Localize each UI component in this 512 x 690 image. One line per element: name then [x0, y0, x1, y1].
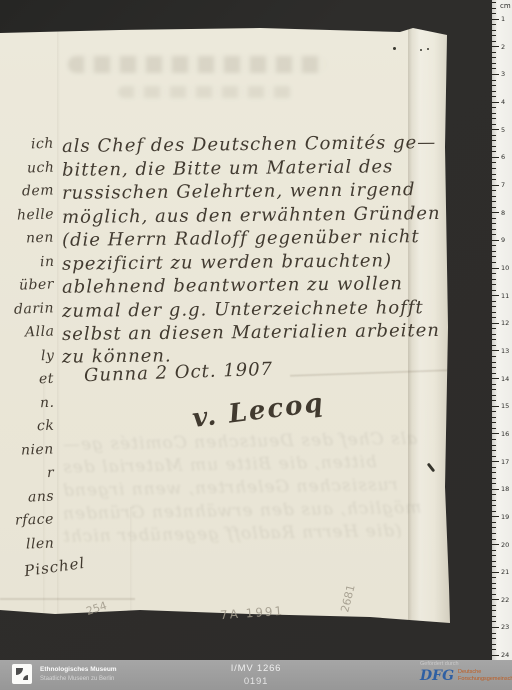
ruler-tick [492, 362, 496, 363]
ruler-tick [492, 621, 496, 622]
ruler-number: 9 [501, 236, 505, 244]
cm-ruler: cm 1234567891011121314151617181920212223… [492, 0, 512, 660]
ruler-tick [492, 179, 496, 180]
ruler-tick [492, 533, 496, 534]
ruler-tick [492, 627, 499, 628]
ruler-number: 20 [501, 541, 509, 549]
ruler-tick [492, 367, 496, 368]
ruler-tick [492, 80, 496, 81]
letter-line: ablehnend beantworten zu wollen [62, 273, 403, 298]
left-page-fragment: über [19, 276, 55, 293]
ruler-tick [492, 174, 496, 175]
ruler-tick [492, 516, 499, 517]
ruler-tick [492, 129, 499, 130]
ruler-number: 13 [501, 347, 509, 355]
left-page-fragment: ck [36, 418, 54, 435]
ruler-tick [492, 306, 496, 307]
ruler-tick [492, 185, 499, 186]
ruler-tick [492, 102, 499, 103]
ruler-number: 24 [501, 651, 509, 659]
left-page-fragment: in [39, 253, 54, 269]
ruler-tick [492, 456, 496, 457]
letter-line: zumal der g.g. Unterzeichnete hofft [62, 297, 424, 322]
ruler-tick [492, 572, 499, 573]
ruler-tick [492, 312, 496, 313]
ruler-tick [492, 633, 496, 634]
ruler-number: 15 [501, 402, 509, 410]
ruler-number: 17 [501, 458, 509, 466]
letter-line: als Chef des Deutschen Comités ge— [62, 132, 436, 157]
ruler-tick [492, 583, 496, 584]
left-page-fragment: ly [40, 347, 54, 363]
dfg-logo: Gefördert durch DFG Deutsche Forschungsg… [420, 661, 512, 683]
ruler-tick [492, 350, 499, 351]
ruler-tick [492, 52, 496, 53]
ruler-tick [492, 135, 496, 136]
ruler-tick [492, 522, 496, 523]
ruler-tick [492, 478, 496, 479]
ruler-tick [492, 229, 496, 230]
letter-line: möglich, aus den erwähnten Gründen [62, 203, 441, 228]
ruler-tick [492, 240, 499, 241]
ruler-tick [492, 378, 499, 379]
ruler-number: 21 [501, 568, 509, 576]
ruler-tick [492, 450, 496, 451]
ruler-tick [492, 395, 496, 396]
dfg-acronym: DFG [420, 669, 454, 683]
ruler-tick [492, 68, 496, 69]
left-page-fragment: nen [26, 230, 54, 247]
ruler-tick [492, 223, 496, 224]
ruler-tick [492, 113, 496, 114]
ruler-tick [492, 201, 496, 202]
ruler-tick [492, 284, 496, 285]
ruler-tick [492, 301, 496, 302]
ruler-number: 22 [501, 596, 509, 604]
ruler-tick [492, 334, 496, 335]
ruler-tick [492, 124, 496, 125]
ruler-number: 10 [501, 264, 509, 272]
ruler-tick [492, 511, 496, 512]
ruler-tick [492, 162, 496, 163]
left-page-fragment: darin [14, 300, 55, 317]
ruler-number: 6 [501, 153, 505, 161]
left-page-fragment: rface [15, 511, 54, 528]
ruler-tick [492, 118, 496, 119]
letterhead-bleedthrough [118, 86, 293, 98]
ruler-tick [492, 345, 496, 346]
ruler-tick [492, 212, 499, 213]
ruler-tick [492, 638, 496, 639]
ruler-number: 4 [501, 98, 505, 106]
pin-hole [393, 47, 396, 50]
ruler-number: 8 [501, 209, 505, 217]
ruler-tick [492, 279, 496, 280]
letter-line: selbst an diesen Materialien arbeiten [62, 320, 440, 345]
ruler-tick [492, 245, 496, 246]
fold-crease [130, 507, 133, 625]
letter-line: (die Herrn Radloff gegenüber nicht [62, 226, 420, 251]
ruler-tick [492, 268, 499, 269]
left-page-fragment: uch [26, 159, 54, 176]
ruler-tick [492, 561, 496, 562]
ruler-tick [492, 63, 496, 64]
ruler-tick [492, 500, 496, 501]
ruler-number: 1 [501, 15, 505, 23]
ruler-tick [492, 489, 499, 490]
ruler-tick [492, 428, 496, 429]
left-page-fragment: n. [39, 394, 54, 410]
ruler-tick [492, 406, 499, 407]
left-page-fragment: llen [25, 535, 54, 552]
ruler-tick [492, 151, 496, 152]
ruler-tick [492, 41, 496, 42]
ruler-tick [492, 234, 496, 235]
ruler-tick [492, 207, 496, 208]
ruler-tick [492, 57, 496, 58]
ruler-tick [492, 273, 496, 274]
ruler-tick [492, 146, 496, 147]
ruler-tick [492, 24, 496, 25]
ruler-tick [492, 35, 496, 36]
left-page-fragment: ich [31, 136, 54, 153]
ruler-tick [492, 605, 496, 606]
dfg-name-line1: Deutsche [458, 669, 481, 675]
ruler-tick [492, 433, 499, 434]
ruler-tick [492, 290, 496, 291]
left-page-fragment: helle [17, 206, 55, 223]
left-page-fragment: r [47, 465, 55, 481]
ruler-tick [492, 494, 496, 495]
left-page-fragment: nien [21, 441, 54, 458]
ruler-tick [492, 384, 496, 385]
ruler-tick [492, 422, 496, 423]
letter-line: spezificirt zu werden brauchten) [62, 250, 392, 274]
ruler-tick [492, 588, 496, 589]
ruler-tick [492, 256, 496, 257]
ruler-number: 23 [501, 623, 509, 631]
ruler-tick [492, 218, 496, 219]
ruler-number: 11 [501, 292, 509, 300]
ruler-tick [492, 30, 496, 31]
ruler-tick [492, 655, 499, 656]
ruler-number: 12 [501, 319, 509, 327]
ruler-tick [492, 461, 499, 462]
ruler-tick [492, 616, 496, 617]
ruler-number: 3 [501, 70, 505, 78]
ruler-tick [492, 8, 496, 9]
ruler-unit-label: cm [500, 2, 511, 10]
ruler-tick [492, 544, 499, 545]
scan-viewer: als Chef des Deutschen Comités ge—bitten… [0, 0, 512, 690]
ruler-tick [492, 445, 496, 446]
letter-line: bitten, die Bitte um Material des [62, 156, 394, 180]
ruler-tick [492, 328, 496, 329]
dfg-name: Deutsche Forschungsgemeinschaft [458, 669, 512, 683]
ruler-tick [492, 400, 496, 401]
ruler-tick [492, 2, 496, 3]
ruler-tick [492, 373, 496, 374]
left-page-fragment: dem [22, 182, 55, 199]
ruler-tick [492, 527, 496, 528]
ruler-tick [492, 577, 496, 578]
ruler-tick [492, 91, 496, 92]
ruler-tick [492, 190, 496, 191]
ruler-tick [492, 566, 496, 567]
ruler-number: 16 [501, 430, 509, 438]
ruler-tick [492, 13, 496, 14]
ruler-tick [492, 251, 496, 252]
ruler-number: 14 [501, 375, 509, 383]
ruler-tick [492, 46, 499, 47]
ruler-tick [492, 262, 496, 263]
ruler-tick [492, 196, 496, 197]
left-page-fragment: ans [28, 488, 55, 505]
ruler-tick [492, 555, 496, 556]
ruler-number: 7 [501, 181, 505, 189]
ruler-number: 2 [501, 43, 505, 51]
ruler-tick [492, 85, 496, 86]
ruler-tick [492, 467, 496, 468]
ruler-tick [492, 505, 496, 506]
funding-label: Gefördert durch [420, 661, 512, 667]
ruler-tick [492, 317, 496, 318]
ruler-tick [492, 594, 496, 595]
ruler-tick [492, 417, 496, 418]
dfg-name-line2: Forschungsgemeinschaft [458, 676, 512, 682]
left-page-fragment: Alla [24, 323, 54, 340]
ruler-tick [492, 610, 496, 611]
ruler-tick [492, 140, 496, 141]
ruler-tick [492, 389, 496, 390]
pin-hole [420, 49, 422, 51]
left-page-fragments: ichuchdemhelleneninüberdarinAllalyetn.ck… [0, 0, 58, 600]
ruler-tick [492, 107, 496, 108]
pencil-annotation: 7A 1991 [220, 604, 285, 622]
ruler-tick [492, 356, 496, 357]
ruler-number: 19 [501, 513, 509, 521]
ruler-tick [492, 483, 496, 484]
ruler-tick [492, 550, 496, 551]
ruler-tick [492, 439, 496, 440]
ruler-tick [492, 644, 496, 645]
ruler-tick [492, 157, 499, 158]
ruler-tick [492, 168, 496, 169]
ruler-number: 18 [501, 485, 509, 493]
ruler-tick [492, 539, 496, 540]
letter-line: russischen Gelehrten, wenn irgend [62, 179, 416, 204]
ruler-tick [492, 74, 499, 75]
left-page-fragment: et [39, 371, 54, 388]
ruler-tick [492, 599, 499, 600]
ruler-tick [492, 96, 496, 97]
pin-hole [427, 48, 429, 50]
letterhead-bleedthrough [68, 56, 328, 73]
ruler-tick [492, 295, 499, 296]
ruler-tick [492, 19, 499, 20]
ruler-tick [492, 323, 499, 324]
ruler-tick [492, 472, 496, 473]
footer-bar: Ethnologisches Museum Staatliche Museen … [0, 660, 512, 690]
ruler-tick [492, 339, 496, 340]
ruler-number: 5 [501, 126, 505, 134]
ruler-tick [492, 649, 496, 650]
ruler-tick [492, 411, 496, 412]
